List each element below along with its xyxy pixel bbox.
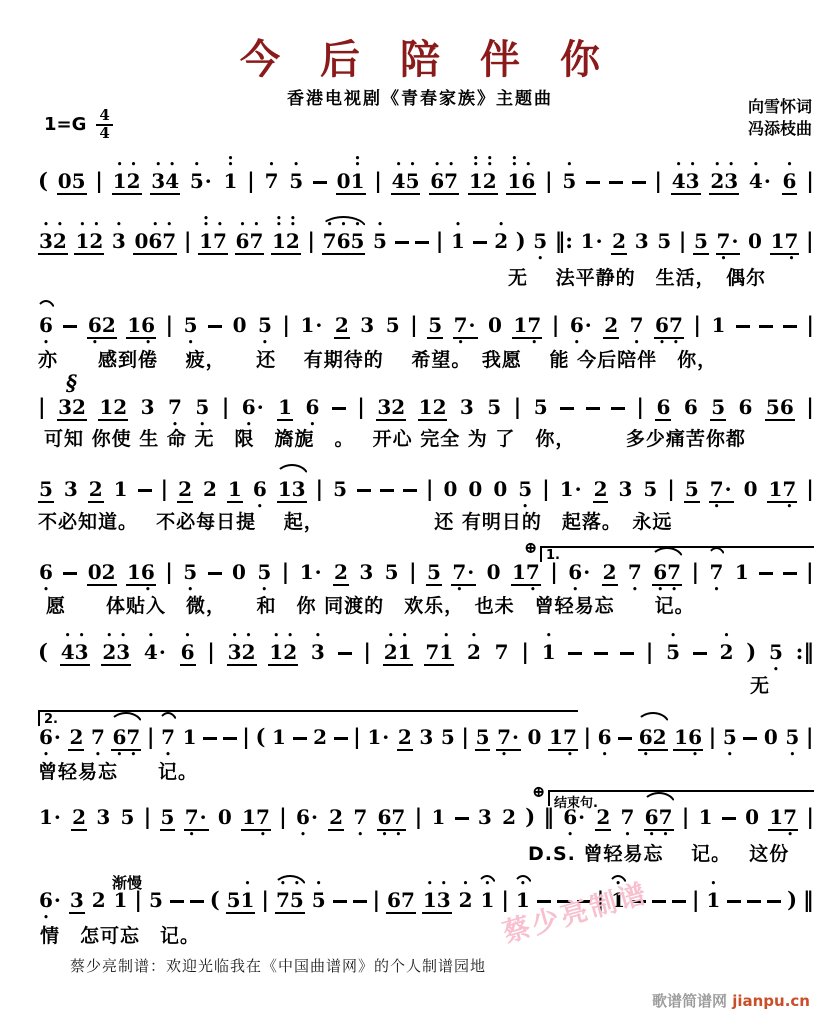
note-group: 3•4• bbox=[150, 169, 180, 195]
note-group: 3 bbox=[69, 888, 85, 914]
barline: | bbox=[552, 312, 560, 337]
dash-note bbox=[693, 652, 707, 655]
barline: | bbox=[242, 724, 250, 749]
dash-note bbox=[586, 407, 600, 410]
note-group: 5• bbox=[288, 169, 304, 193]
barline: | bbox=[806, 559, 814, 584]
note-group: 5 bbox=[148, 888, 164, 912]
dash-note bbox=[767, 900, 781, 903]
note-group: 6•2 bbox=[638, 725, 668, 751]
dash-note bbox=[332, 407, 346, 410]
barline: | bbox=[806, 724, 814, 749]
note-group: 2• bbox=[493, 229, 509, 253]
note-group: 1 bbox=[182, 725, 198, 749]
note-group: 6• bbox=[38, 313, 54, 337]
note-group: 5• bbox=[311, 888, 327, 912]
note-group: 5• bbox=[784, 725, 800, 749]
note-group: 5 bbox=[385, 313, 401, 337]
lyrics-line-9: D.S. 曾轻易忘 记。 这份 bbox=[528, 839, 789, 866]
note-group: 1• bbox=[541, 640, 557, 664]
dash-note bbox=[333, 900, 347, 903]
note-group: 4•· bbox=[748, 169, 773, 193]
note-group: 1•2• bbox=[74, 229, 104, 255]
note-group: 51• bbox=[226, 888, 256, 914]
site-name: 歌谱简谱网 bbox=[652, 992, 727, 1010]
note-group: 7• bbox=[90, 725, 106, 749]
note-group: 5 bbox=[475, 725, 491, 751]
music-line-1: (05|1•2•3•4•5•·1••|7•5•01••|4•5•6•7•1••2… bbox=[38, 168, 814, 194]
note-group: 06•7• bbox=[133, 229, 177, 255]
note-group: 1 bbox=[271, 725, 287, 749]
lyrics-line-8: 曾轻易忘 记。 bbox=[38, 757, 198, 784]
note-group: 6•7• bbox=[652, 560, 682, 586]
tempo-marking: 渐慢 bbox=[112, 872, 142, 893]
barline: | bbox=[38, 394, 46, 419]
barline: | bbox=[409, 559, 417, 584]
sheet-music-page: 今后陪伴你 香港电视剧《青春家族》主题曲 1=G 4 4 向雪怀词 冯添枝曲 (… bbox=[0, 0, 840, 1019]
note-group: 5• bbox=[183, 313, 199, 337]
dash-note bbox=[455, 817, 469, 820]
note-group: 32 bbox=[57, 395, 87, 421]
dash-note bbox=[568, 652, 582, 655]
note-group: 1• bbox=[450, 229, 466, 253]
lyrics-line-6: 愿 体贴入 微， 和 你 同渡的 欢乐， 也未 曾轻易忘 记。 bbox=[46, 591, 695, 618]
music-line-8: 6•·27•6•7•|7•1|(12|1·235|57•·017•|6•6•21… bbox=[38, 724, 814, 750]
dash-note bbox=[759, 572, 773, 575]
note-group: 3 bbox=[418, 725, 434, 749]
key-tonic: 1=G bbox=[44, 114, 86, 135]
barline: | bbox=[161, 476, 169, 501]
note-group: 12 bbox=[418, 395, 448, 421]
dash-note bbox=[403, 489, 417, 492]
dash-note bbox=[63, 572, 77, 575]
dash-note bbox=[652, 900, 666, 903]
dash-note bbox=[594, 652, 608, 655]
note-group: 6•7• bbox=[235, 229, 265, 255]
barline: | bbox=[357, 394, 365, 419]
note-group: 2 bbox=[88, 477, 104, 503]
composer-credit: 冯添枝曲 bbox=[748, 118, 812, 140]
barline: | bbox=[806, 804, 814, 829]
volta-1-bracket: ⊕ 1. bbox=[540, 546, 814, 562]
note-group: 2 bbox=[177, 477, 193, 503]
barline: | bbox=[542, 476, 550, 501]
meter-denominator: 4 bbox=[99, 126, 109, 142]
note-group: 6•7• bbox=[429, 169, 459, 195]
note-group: 0 bbox=[527, 725, 543, 749]
note-group: 1· bbox=[38, 805, 63, 829]
dash-note bbox=[609, 181, 623, 184]
note-group: 17• bbox=[512, 313, 542, 339]
note-group: 5 bbox=[440, 725, 456, 749]
dash-note bbox=[170, 900, 184, 903]
note-group: 1• bbox=[705, 888, 721, 912]
note-group: 7• bbox=[627, 560, 643, 584]
barline: | bbox=[415, 804, 423, 829]
note-group: 6•· bbox=[241, 395, 266, 419]
note-group: 56 bbox=[765, 395, 795, 421]
dash-note bbox=[293, 737, 307, 740]
music-line-2: 3•2•1•2•3•06•7•|1••7•6•7•1••2••|7•6•5•5•… bbox=[38, 228, 814, 254]
barline: | bbox=[410, 312, 418, 337]
note-group: 7• bbox=[629, 313, 645, 337]
note-group: 7•· bbox=[709, 477, 734, 503]
dash-note bbox=[783, 572, 797, 575]
note-group: 17• bbox=[768, 805, 798, 831]
barline: | bbox=[646, 639, 654, 664]
lyricist-credit: 向雪怀词 bbox=[748, 96, 812, 118]
barline: ( bbox=[210, 887, 220, 912]
barline: | bbox=[693, 312, 701, 337]
dash-note bbox=[618, 737, 632, 740]
note-group: 7• bbox=[352, 805, 368, 829]
note-group: 6•· bbox=[569, 313, 594, 337]
note-group: 0 bbox=[231, 560, 247, 584]
dash-note bbox=[208, 325, 222, 328]
barline: ( bbox=[255, 724, 265, 749]
barline: | bbox=[709, 724, 717, 749]
note-group: 2 bbox=[91, 888, 107, 912]
credits: 向雪怀词 冯添枝曲 bbox=[748, 96, 812, 140]
dash-note bbox=[586, 181, 600, 184]
dash-note bbox=[747, 900, 761, 903]
volta-1-label: 1. bbox=[542, 548, 560, 563]
note-group: 2• bbox=[719, 640, 735, 664]
time-signature: 4 4 bbox=[96, 108, 112, 142]
note-group: 5 bbox=[684, 477, 700, 503]
barline: | bbox=[583, 724, 591, 749]
barline: | bbox=[806, 312, 814, 337]
note-group: 5 bbox=[119, 805, 135, 829]
note-group: 17• bbox=[241, 805, 271, 831]
note-group: 2 bbox=[603, 313, 619, 339]
lyrics-line-3: 亦 感到倦 疲， 还 有期待的 希望。 我愿 能 今后陪伴 你， bbox=[38, 345, 717, 372]
note-group: 1••7• bbox=[198, 229, 228, 255]
barline: | bbox=[461, 724, 469, 749]
note-group: 4•· bbox=[143, 640, 168, 664]
note-group: 2• bbox=[466, 640, 482, 664]
note-group: 4•3• bbox=[671, 169, 701, 195]
note-group: 0 bbox=[492, 477, 508, 501]
segno-icon: § bbox=[66, 370, 77, 395]
dash-note bbox=[313, 181, 327, 184]
song-subtitle: 香港电视剧《青春家族》主题曲 bbox=[0, 84, 840, 109]
note-group: 2•3• bbox=[709, 169, 739, 195]
note-group: 7• bbox=[160, 725, 176, 749]
note-group: 6•7• bbox=[111, 725, 141, 751]
note-group: 71• bbox=[424, 640, 454, 666]
barline: ) bbox=[525, 804, 535, 829]
song-title: 今后陪伴你 bbox=[0, 28, 840, 85]
note-group: 6•· bbox=[38, 725, 63, 749]
note-group: 1•3• bbox=[422, 888, 452, 914]
dash-note bbox=[138, 489, 152, 492]
note-group: 17• bbox=[511, 560, 541, 586]
barline: | bbox=[682, 804, 690, 829]
note-group: 17• bbox=[548, 725, 578, 751]
barline: ‖ bbox=[803, 887, 814, 912]
dash-note bbox=[208, 572, 222, 575]
note-group: 0 bbox=[744, 805, 760, 829]
barline: | bbox=[353, 724, 361, 749]
barline: | bbox=[282, 559, 290, 584]
note-group: 6•· bbox=[38, 888, 63, 912]
barline: | bbox=[247, 168, 255, 193]
note-group: 0 bbox=[763, 725, 779, 749]
note-group: 6 bbox=[738, 395, 754, 419]
barline: | bbox=[261, 887, 269, 912]
note-group: 1· bbox=[299, 560, 324, 584]
barline: | bbox=[514, 394, 522, 419]
note-group: 1 bbox=[711, 313, 727, 337]
note-group: 2 bbox=[602, 560, 618, 586]
dash-note bbox=[736, 325, 750, 328]
note-group: 3 bbox=[459, 395, 475, 419]
note-group: 4•3• bbox=[60, 640, 90, 666]
barline: | bbox=[222, 394, 230, 419]
dash-note bbox=[334, 737, 348, 740]
note-group: 7• bbox=[620, 805, 636, 829]
dash-note bbox=[560, 407, 574, 410]
note-group: 1 bbox=[698, 805, 714, 829]
barline: | bbox=[207, 639, 215, 664]
barline: ) bbox=[516, 228, 526, 253]
note-group: 3 bbox=[95, 805, 111, 829]
barline: :‖ bbox=[796, 639, 814, 664]
note-group: 2 bbox=[611, 229, 627, 255]
music-line-4: |321237•5•|6•·16•|321235|5|665656| bbox=[38, 394, 814, 420]
note-group: 1· bbox=[580, 229, 605, 253]
note-group: 0 bbox=[467, 477, 483, 501]
note-group: 5• bbox=[665, 640, 681, 664]
barline: | bbox=[95, 168, 103, 193]
note-group: 1•2• bbox=[112, 169, 142, 195]
barline: | bbox=[521, 639, 529, 664]
note-group: 6•7• bbox=[644, 805, 674, 831]
note-group: 7•· bbox=[451, 560, 476, 586]
barline: | bbox=[307, 228, 315, 253]
note-group: 5• bbox=[722, 725, 738, 749]
note-group: 2 bbox=[593, 477, 609, 503]
dash-note bbox=[338, 652, 352, 655]
note-group: 1· bbox=[559, 477, 584, 501]
barline: | bbox=[667, 476, 675, 501]
note-group: 0 bbox=[443, 477, 459, 501]
note-group: 2 bbox=[68, 725, 84, 751]
note-group: 5 bbox=[486, 395, 502, 419]
note-group: 1 bbox=[227, 477, 243, 503]
note-group: 7 bbox=[494, 640, 510, 664]
note-group: 2 bbox=[397, 725, 413, 751]
note-group: 3 bbox=[358, 560, 374, 584]
note-group: 12 bbox=[98, 395, 128, 421]
note-group: 17• bbox=[767, 477, 797, 503]
note-group: 5 bbox=[427, 313, 443, 339]
note-group: 4•5• bbox=[391, 169, 421, 195]
barline: | bbox=[426, 476, 434, 501]
note-group: 7•· bbox=[496, 725, 521, 751]
note-group: 5 bbox=[642, 477, 658, 501]
note-group: 5 bbox=[160, 805, 176, 831]
note-group: 5 bbox=[426, 560, 442, 586]
note-group: 2 bbox=[312, 725, 328, 749]
note-group: 2•1• bbox=[383, 640, 413, 666]
barline: ‖: bbox=[555, 228, 573, 253]
note-group: 0 bbox=[486, 560, 502, 584]
lyrics-line-10: 情 怎可忘 记。 bbox=[40, 921, 200, 948]
note-group: 1•• bbox=[223, 169, 239, 193]
lyrics-line-2: 无 法平静的 生活， 偶尔 bbox=[508, 263, 766, 290]
note-group: 13 bbox=[277, 477, 307, 503]
note-group: 7•· bbox=[453, 313, 478, 339]
note-group: 3• bbox=[111, 229, 127, 253]
music-line-7: (4•3•2•3•4•·6•|3•2•1•2•3•|2•1•71•2•7|1•|… bbox=[38, 639, 814, 665]
barline: ( bbox=[38, 168, 48, 193]
note-group: 6• bbox=[38, 560, 54, 584]
dash-note bbox=[620, 652, 634, 655]
note-group: 7•5• bbox=[275, 888, 305, 914]
barline: ) bbox=[787, 887, 797, 912]
note-group: 3 bbox=[634, 229, 650, 253]
note-group: 6• bbox=[782, 169, 798, 195]
note-group: 5• bbox=[532, 229, 548, 253]
note-group: 7•· bbox=[716, 229, 741, 255]
note-group: 5 bbox=[693, 229, 709, 255]
note-group: 3 bbox=[140, 395, 156, 419]
barline: | bbox=[165, 559, 173, 584]
dash-note bbox=[473, 241, 487, 244]
barline: ( bbox=[38, 639, 48, 664]
note-group: 5 bbox=[332, 477, 348, 501]
note-group: 0 bbox=[487, 313, 503, 337]
dash-note bbox=[357, 489, 371, 492]
note-group: 5• bbox=[561, 169, 577, 193]
dash-note bbox=[63, 325, 77, 328]
note-group: 2•3• bbox=[101, 640, 131, 666]
note-group: 2 bbox=[328, 805, 344, 831]
lyrics-line-7: 无 bbox=[750, 671, 770, 698]
site-credit: 歌谱简谱网 jianpu.cn bbox=[652, 990, 810, 1011]
note-group: 2 bbox=[501, 805, 517, 829]
note-group: 6 bbox=[655, 395, 671, 421]
note-group: 5• bbox=[182, 560, 198, 584]
note-group: 1 bbox=[430, 805, 446, 829]
note-group: 5• bbox=[768, 640, 784, 664]
dash-note bbox=[353, 900, 367, 903]
note-group: 6•2 bbox=[87, 313, 117, 339]
note-group: 7•6•5• bbox=[322, 229, 366, 255]
note-group: 5 bbox=[710, 395, 726, 421]
note-group: 05 bbox=[57, 169, 87, 195]
barline: | bbox=[692, 887, 700, 912]
dash-note bbox=[203, 737, 217, 740]
note-group: 01•• bbox=[336, 169, 366, 195]
dash-note bbox=[672, 900, 686, 903]
dash-note bbox=[395, 241, 409, 244]
note-group: 5• bbox=[256, 560, 272, 584]
dash-note bbox=[223, 737, 237, 740]
barline: ) bbox=[746, 639, 756, 664]
note-group: 2 bbox=[202, 477, 218, 501]
volta-2-label: 2. bbox=[40, 712, 58, 727]
dash-note bbox=[759, 325, 773, 328]
barline: | bbox=[282, 312, 290, 337]
key-signature: 1=G 4 4 bbox=[44, 108, 113, 142]
note-group: 5• bbox=[372, 229, 388, 253]
note-group: 1••2•• bbox=[468, 169, 498, 195]
note-group: 2• bbox=[458, 888, 474, 912]
barline: | bbox=[147, 724, 155, 749]
note-group: 6• bbox=[180, 640, 196, 666]
note-group: 1 bbox=[277, 395, 293, 421]
note-group: 5 bbox=[533, 395, 549, 419]
note-group: 67 bbox=[386, 888, 416, 914]
barline: | bbox=[806, 394, 814, 419]
note-group: 7• bbox=[167, 395, 183, 419]
barline: | bbox=[806, 476, 814, 501]
note-group: 0 bbox=[217, 805, 233, 829]
barline: | bbox=[316, 476, 324, 501]
barline: | bbox=[679, 228, 687, 253]
coda-icon: ⊕ bbox=[524, 538, 537, 557]
note-group: 5• bbox=[194, 395, 210, 419]
ending-label: 结束句. bbox=[550, 792, 598, 811]
note-group: 1• bbox=[479, 888, 495, 912]
note-group: 6• bbox=[597, 725, 613, 749]
note-group: 6•7• bbox=[377, 805, 407, 831]
barline: | bbox=[166, 312, 174, 337]
note-group: 7• bbox=[264, 169, 280, 193]
note-group: 1••6• bbox=[506, 169, 536, 195]
lyrics-line-5: 不必知道。 不必每日提 起， 还 有明日的 起落。 永远 bbox=[38, 507, 672, 534]
barline: | bbox=[374, 168, 382, 193]
dash-note bbox=[380, 489, 394, 492]
music-line-3: 6•6•216•|5•05•|1·235|57•·017•|6•·27•6•7•… bbox=[38, 312, 814, 338]
dash-note bbox=[415, 241, 429, 244]
note-group: 3 bbox=[359, 313, 375, 337]
music-line-6: 6•0216•|5•05•|1·235|57•·017•|6•·27•6•7•|… bbox=[38, 559, 814, 585]
note-group: 0 bbox=[743, 477, 759, 501]
barline: | bbox=[545, 168, 553, 193]
note-group: 17• bbox=[770, 229, 800, 255]
dash-note bbox=[611, 407, 625, 410]
music-line-5: 5321|2216•13|5|0005•|1·235|57•·017•| bbox=[38, 476, 814, 502]
note-group: 5 bbox=[38, 477, 54, 503]
barline: | bbox=[692, 559, 700, 584]
note-group: 5•· bbox=[189, 169, 214, 193]
note-group: 5 bbox=[656, 229, 672, 253]
barline: | bbox=[372, 887, 380, 912]
note-group: 16• bbox=[673, 725, 703, 751]
note-group: 2 bbox=[334, 313, 350, 339]
note-group: 7• bbox=[709, 560, 725, 584]
dash-note bbox=[722, 817, 736, 820]
barline: | bbox=[279, 804, 287, 829]
note-group: 1· bbox=[366, 725, 391, 749]
barline: | bbox=[436, 228, 444, 253]
footer-note: 蔡少亮制谱：欢迎光临我在《中国曲谱网》的个人制谱园地 bbox=[70, 955, 486, 976]
ending-bracket: ⊕ 结束句. bbox=[548, 790, 814, 806]
barline: | bbox=[184, 228, 192, 253]
barline: | bbox=[654, 168, 662, 193]
note-group: 6• bbox=[252, 477, 268, 501]
note-group: 5• bbox=[257, 313, 273, 337]
note-group: 3•2• bbox=[227, 640, 257, 666]
note-group: 16• bbox=[126, 313, 156, 339]
note-group: 6•· bbox=[295, 805, 320, 829]
lyrics-line-4: 可知 你使 生 命 无 限 旖旎 。 开心 完全 为 了 你， 多少痛苦你都 bbox=[44, 424, 746, 451]
note-group: 7•· bbox=[184, 805, 209, 831]
